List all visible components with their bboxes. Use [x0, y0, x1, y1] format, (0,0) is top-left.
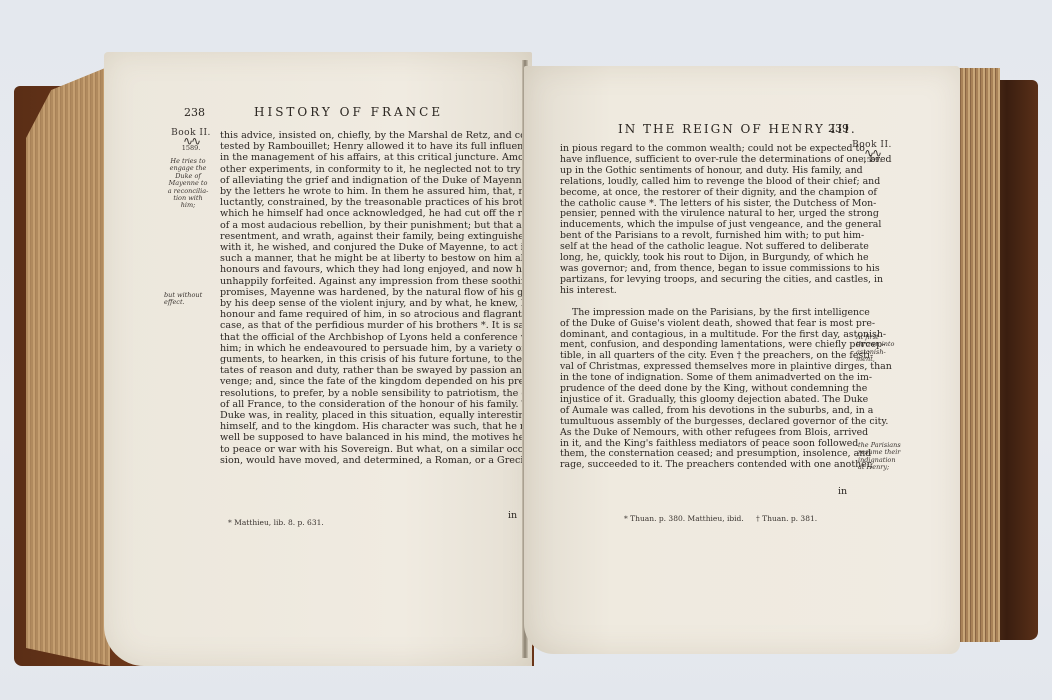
text-line: become, at once, the restorer of their d… — [560, 188, 850, 199]
text-line: by the letters he wrote to him. In them … — [220, 186, 520, 197]
text-line: The impression made on the Parisians, by… — [560, 308, 850, 319]
text-line: to peace or war with his Sovereign. But … — [220, 444, 520, 455]
left-page: 238 HISTORY OF FRANCE Book II. ∿∿ 1589. … — [104, 52, 532, 666]
page-edges-left — [26, 66, 110, 666]
text-line: unhappily forfeited. Against any impress… — [220, 276, 520, 287]
text-line: of a most audacious rebellion, by their … — [220, 220, 520, 231]
left-margin-note-1: He tries to engage the Duke of Mayenne t… — [166, 158, 210, 210]
text-line: rage, succeeded to it. The preachers con… — [560, 460, 850, 471]
text-line: honours and favours, which they had long… — [220, 264, 520, 275]
text-line: him; in which he endeavoured to persuade… — [220, 343, 520, 354]
page-edges-right — [956, 68, 1000, 642]
margin-year: 1589. — [170, 145, 212, 152]
right-footnote-1: * Thuan. p. 380. Matthieu, ibid. — [624, 514, 744, 523]
text-line: resentment, and wrath, against their fam… — [220, 231, 520, 242]
note-line: effect. — [164, 299, 208, 306]
text-line: venge; and, since the fate of the kingdo… — [220, 376, 520, 387]
text-line: resolutions, to prefer, by a noble sensi… — [220, 388, 520, 399]
text-line: which he himself had once acknowledged, … — [220, 208, 520, 219]
left-running-head: HISTORY OF FRANCE — [254, 105, 443, 119]
left-margin-book: Book II. ∿∿ 1589. — [170, 130, 212, 153]
text-line: by his deep sense of the violent injury,… — [220, 298, 520, 309]
text-line: that the official of the Archbishop of L… — [220, 332, 520, 343]
text-line: other experiments, in conformity to it, … — [220, 164, 520, 175]
text-line: such a manner, that he might be at liber… — [220, 253, 520, 264]
text-line: himself, and to the kingdom. His charact… — [220, 421, 520, 432]
text-line: of the Duke of Guise's violent death, sh… — [560, 319, 850, 330]
right-page: IN THE REIGN OF HENRY III. 239 Book II. … — [524, 66, 960, 654]
right-catchword: in — [838, 486, 847, 497]
text-line: tested by Rambouillet; Henry allowed it … — [220, 141, 520, 152]
text-line: guments, to hearken, in this crisis of h… — [220, 354, 520, 365]
text-line: relations, loudly, called him to revenge… — [560, 177, 850, 188]
text-line: case, as that of the perfidious murder o… — [220, 320, 520, 331]
text-line: of all France, to the consideration of t… — [220, 399, 520, 410]
text-line: honour and fame required of him, in so a… — [220, 309, 520, 320]
text-line: with it, he wished, and conjured the Duk… — [220, 242, 520, 253]
text-line: promises, Mayenne was hardened, by the n… — [220, 287, 520, 298]
right-body-text: in pious regard to the common wealth; co… — [560, 144, 850, 471]
text-line: this advice, insisted on, chiefly, by th… — [220, 130, 520, 141]
left-folio: 238 — [184, 106, 205, 119]
left-catchword: in — [508, 510, 517, 521]
text-line: his interest. — [560, 286, 850, 297]
text-line: Duke was, in reality, placed in this sit… — [220, 410, 520, 421]
note-line: him; — [166, 202, 210, 209]
text-line: in the management of his affairs, at thi… — [220, 152, 520, 163]
left-footnote: * Matthieu, lib. 8. p. 631. — [228, 518, 324, 527]
text-line: As the Duke of Nemours, with other refug… — [560, 428, 850, 439]
text-line: well be supposed to have balanced in his… — [220, 432, 520, 443]
left-margin-note-2: but without effect. — [164, 292, 208, 307]
right-folio: 239 — [828, 122, 849, 135]
text-line: tates of reason and duty, rather than be… — [220, 365, 520, 376]
right-running-head: IN THE REIGN OF HENRY III. — [618, 122, 857, 136]
text-line: luctantly, constrained, by the treasonab… — [220, 197, 520, 208]
text-line: sion, would have moved, and determined, … — [220, 455, 520, 466]
text-line: of alleviating the grief and indignation… — [220, 175, 520, 186]
left-body-text: this advice, insisted on, chiefly, by th… — [220, 130, 520, 466]
right-footnote-2: † Thuan. p. 381. — [756, 514, 817, 523]
